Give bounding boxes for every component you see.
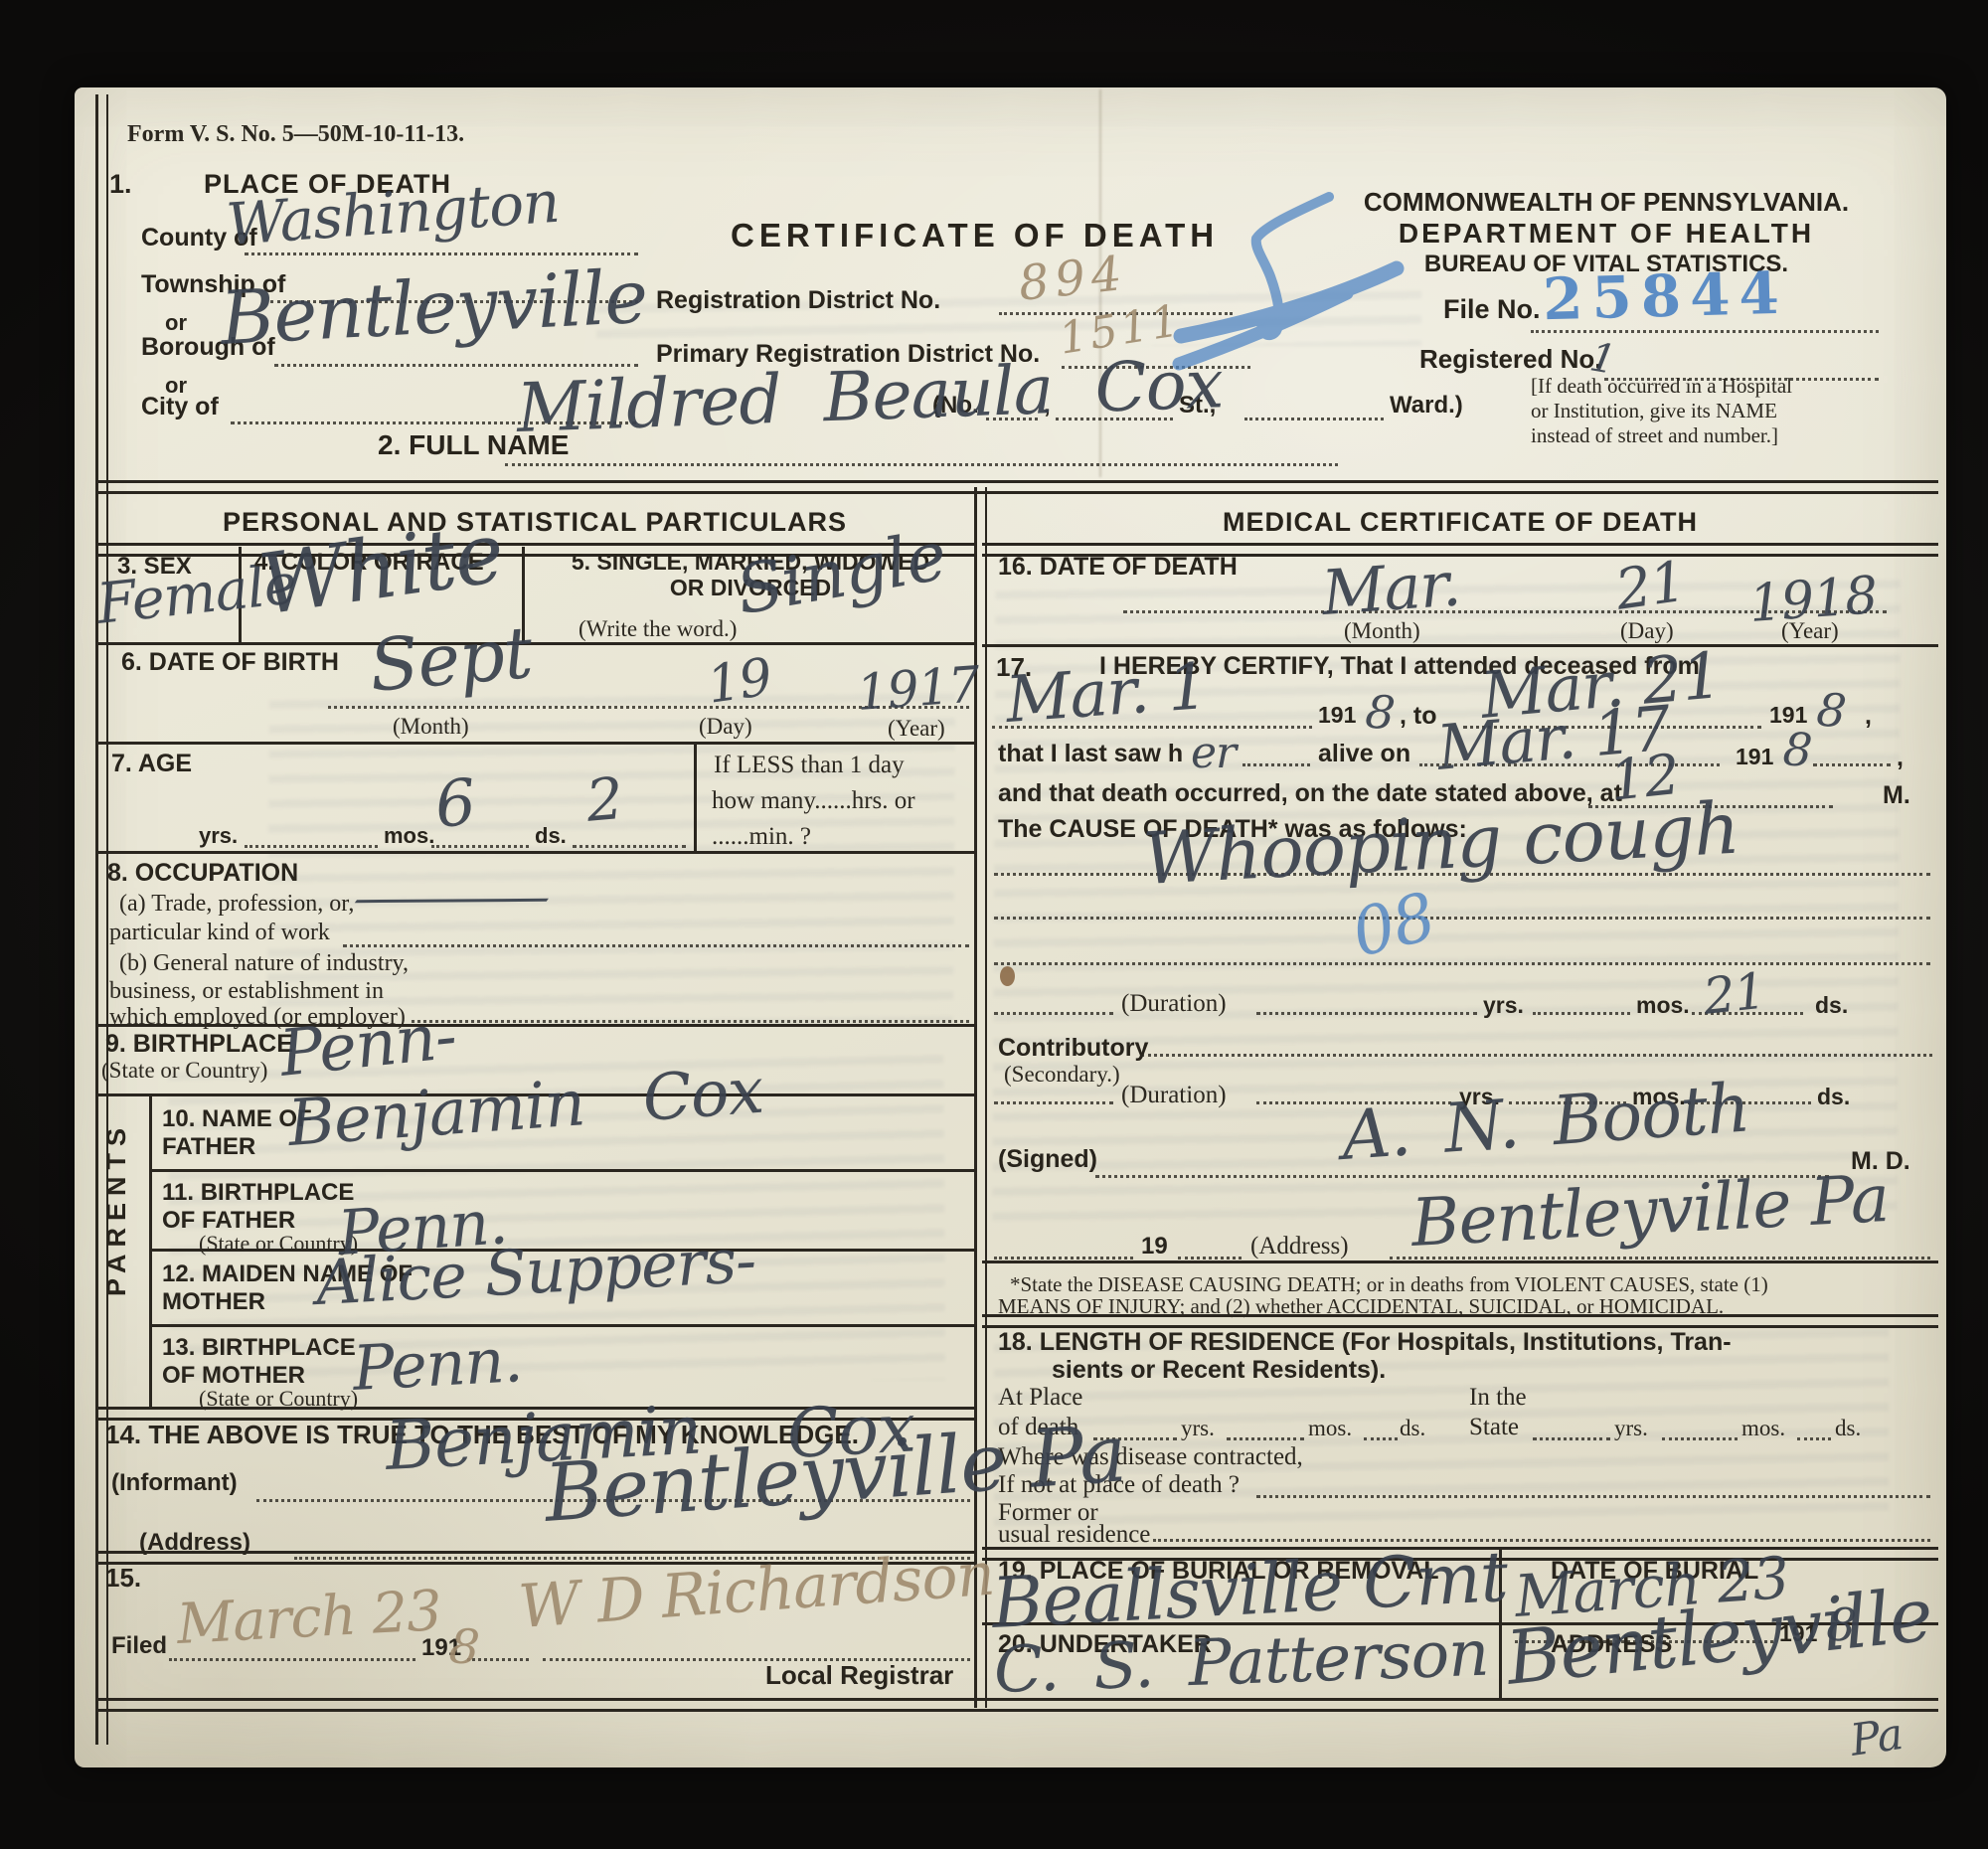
if-less-line1: If LESS than 1 day (714, 752, 905, 779)
line1-comma: , (1865, 702, 1872, 731)
birthplace-label: 9. BIRTHPLACE (105, 1030, 293, 1059)
borough-line (274, 364, 638, 367)
former-residence-line2: usual residence (998, 1521, 1150, 1549)
age-mos-label: mos. (384, 823, 434, 849)
informant-label: (Informant) (111, 1469, 238, 1497)
local-registrar-label: Local Registrar (765, 1660, 953, 1691)
informant-address-label: (Address) (139, 1529, 250, 1557)
contributory-line (1141, 1054, 1932, 1057)
occupation-a-line (343, 944, 969, 947)
blue-pencil-mark (1143, 169, 1441, 398)
duration1-yrs-label: yrs. (1483, 992, 1524, 1019)
age-label: 7. AGE (111, 750, 192, 778)
last-saw-year-digit: 8 (1781, 722, 1813, 777)
medical-section-title: MEDICAL CERTIFICATE OF DEATH (982, 507, 1938, 538)
duration1-line1 (1256, 1012, 1477, 1015)
duration1-mos-label: mos. (1636, 992, 1690, 1019)
former-line (1153, 1539, 1930, 1542)
occupation-label: 8. OCCUPATION (107, 859, 298, 888)
undertaker-address-value2: Pa (1847, 1709, 1905, 1766)
duration2-label: (Duration) (1121, 1082, 1227, 1109)
year19-printed: 19 (1141, 1233, 1168, 1261)
res-mos-label-a: mos. (1308, 1416, 1352, 1441)
duration1-ds-value: 21 (1701, 962, 1767, 1026)
marital-hint: (Write the word.) (579, 616, 737, 642)
full-name-line (505, 463, 1338, 466)
filed-date-value: March 23 (175, 1579, 442, 1657)
her-line (1242, 763, 1310, 766)
to-label: , to (1400, 702, 1437, 731)
attended-from-value: Mar. 1 (1003, 650, 1209, 738)
duration2-ds-label: ds. (1817, 1084, 1850, 1110)
res-line-c (1364, 1437, 1398, 1440)
m-label: M. (1883, 781, 1910, 810)
res-yrs-label-b: yrs. (1614, 1416, 1648, 1441)
rule (95, 742, 974, 745)
form-number: Form V. S. No. 5—50M-10-11-13. (127, 121, 464, 148)
res-ds-label-a: ds. (1400, 1416, 1425, 1441)
from-year-printed: 191 (1318, 702, 1356, 729)
scanned-death-certificate: { "colors": { "paper": "#eae7d7", "print… (0, 0, 1988, 1849)
at-place-label1: At Place (998, 1384, 1082, 1412)
duration1-line0 (994, 1012, 1113, 1015)
last-saw-line2 (1813, 763, 1891, 766)
cause-line3 (994, 962, 1930, 965)
file-no-value: 25844 (1542, 259, 1788, 333)
dob-month-value: Sept (366, 610, 535, 708)
dob-day-value: 19 (704, 647, 775, 715)
if-less-line3: ......min. ? (712, 823, 811, 851)
residence-label-line1: 18. LENGTH OF RESIDENCE (For Hospitals, … (998, 1328, 1732, 1357)
age-mos-value: 6 (432, 766, 478, 843)
dod-label: 16. DATE OF DEATH (998, 553, 1238, 582)
cause-line2 (994, 917, 1930, 920)
age-ds-line (573, 845, 686, 848)
dod-month-label: (Month) (1344, 618, 1420, 644)
res-line-d (1533, 1437, 1610, 1440)
rule (95, 851, 974, 854)
left-edge-rule (95, 94, 108, 1745)
rule (95, 642, 974, 645)
if-less-line2: how many......hrs. or (712, 787, 915, 815)
mother-birthplace-hint: (State or Country) (199, 1386, 358, 1412)
filed-year-digit: 8 (447, 1618, 480, 1676)
last-saw-her: er (1191, 728, 1236, 778)
res-yrs-label-a: yrs. (1181, 1416, 1215, 1441)
reg-district-label: Registration District No. (656, 286, 940, 315)
hospital-note: [If death occurred in a Hospital or Inst… (1531, 374, 1797, 447)
ink-spot (1000, 966, 1015, 986)
dod-day-value: 21 (1611, 550, 1689, 623)
from-year-digit: 8 (1363, 684, 1397, 741)
duration1-label: (Duration) (1121, 990, 1227, 1018)
physician-address-label: (Address) (1250, 1233, 1349, 1261)
dob-label: 6. DATE OF BIRTH (121, 648, 339, 677)
last-saw-year-printed: 191 (1736, 744, 1773, 770)
filed-label: Filed (111, 1632, 167, 1660)
occupation-a-line2: particular kind of work (109, 920, 330, 946)
age-cell-divider (694, 742, 697, 851)
duration1-line2 (1533, 1012, 1630, 1015)
occupation-b-line2: business, or establishment in (109, 978, 384, 1005)
res-line-b (1227, 1437, 1304, 1440)
registered-no-label: Registered No. (1419, 344, 1602, 375)
res-mos-label-b: mos. (1741, 1416, 1785, 1441)
signed-label: (Signed) (998, 1145, 1097, 1174)
rule (982, 644, 1938, 647)
mother-birthplace-value: Penn. (351, 1323, 524, 1405)
parents-label: PARENTS (101, 1121, 132, 1296)
fullwidth-rule-top (95, 480, 1938, 494)
dod-day-label: (Day) (1620, 618, 1674, 644)
line2-comma: , (1897, 744, 1904, 772)
to-year-digit: 8 (1814, 682, 1848, 739)
parents-inner-rule (149, 1093, 152, 1407)
occupation-value: — (342, 869, 557, 924)
ward-line (1244, 418, 1384, 420)
secondary-label: (Secondary.) (1004, 1062, 1120, 1088)
occupation-a-line1: (a) Trade, profession, or, (119, 891, 354, 918)
res-line-f (1797, 1437, 1831, 1440)
res-line-e (1662, 1437, 1738, 1440)
footnote-line2: MEANS OF INJURY; and (2) whether ACCIDEN… (998, 1294, 1724, 1319)
item1-number: 1. (109, 169, 132, 200)
in-the-label2: State (1469, 1414, 1519, 1441)
item15-number: 15. (105, 1563, 141, 1594)
reg-district-value: 894 (1016, 246, 1130, 312)
age-yrs-label: yrs. (199, 823, 238, 849)
city-label: City of (141, 393, 219, 421)
dod-year-label: (Year) (1781, 618, 1839, 644)
in-the-label1: In the (1469, 1384, 1527, 1412)
dob-day-label: (Day) (699, 714, 752, 740)
occupation-b-line1: (b) General nature of industry, (119, 950, 409, 977)
age-ds-value: 2 (583, 764, 625, 835)
dod-month-value: Mar. (1319, 547, 1462, 629)
last-saw-pre: that I last saw h (998, 740, 1183, 768)
attended-from-line (992, 726, 1312, 729)
rule (149, 1324, 974, 1327)
duration1-ds-label: ds. (1815, 992, 1848, 1019)
occupation-b-line (412, 1020, 969, 1023)
file-no-label: File No. (1443, 294, 1541, 325)
contributory-label: Contributory (998, 1034, 1148, 1063)
age-mos-line (431, 845, 529, 848)
duration2-line0 (994, 1101, 1113, 1104)
alive-on-label: alive on (1318, 740, 1410, 768)
birthplace-hint: (State or Country) (101, 1058, 267, 1084)
where-line (1256, 1495, 1930, 1498)
res-ds-label-b: ds. (1835, 1416, 1861, 1441)
rule (149, 1169, 974, 1172)
year19-line0 (994, 1257, 1133, 1260)
dob-year-value: 1917 (855, 655, 981, 721)
residence-label-line2: sients or Recent Residents). (1052, 1356, 1386, 1385)
year19-line1 (1178, 1257, 1242, 1260)
rule (982, 1261, 1938, 1263)
age-yrs-line (245, 845, 378, 848)
dob-year-label: (Year) (888, 716, 945, 742)
dob-month-label: (Month) (393, 714, 469, 740)
age-ds-label: ds. (535, 823, 567, 849)
filed-line1 (169, 1658, 415, 1661)
